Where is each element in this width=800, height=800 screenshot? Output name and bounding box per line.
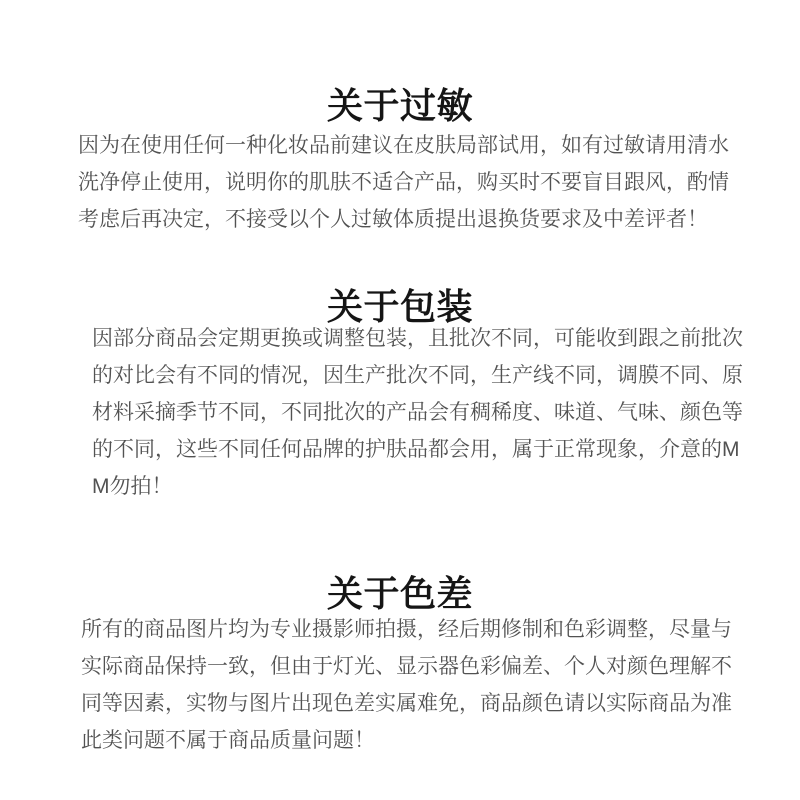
section-title-color-difference: 关于色差 [0, 576, 800, 612]
product-notice-page: 关于过敏 因为在使用任何一种化妆品前建议在皮肤局部试用，如有过敏请用清水 洗净停… [0, 0, 800, 800]
section-paragraph-packaging: 因部分商品会定期更换或调整包装，且批次不同，可能收到跟之前批次 的对比会有不同的… [92, 320, 743, 505]
paragraph-line: 因部分商品会定期更换或调整包装，且批次不同，可能收到跟之前批次 [92, 320, 743, 357]
section-paragraph-color-difference: 所有的商品图片均为专业摄影师拍摄，经后期修制和色彩调整，尽量与 实际商品保持一致… [81, 611, 732, 759]
paragraph-line: 考虑后再决定，不接受以个人过敏体质提出退换货要求及中差评者！ [78, 201, 729, 238]
paragraph-line: 实际商品保持一致，但由于灯光、显示器色彩偏差、个人对颜色理解不 [81, 648, 732, 685]
paragraph-line: M勿拍！ [92, 468, 743, 505]
paragraph-line: 此类问题不属于商品质量问题！ [81, 722, 732, 759]
section-paragraph-allergy: 因为在使用任何一种化妆品前建议在皮肤局部试用，如有过敏请用清水 洗净停止使用，说… [78, 127, 729, 238]
paragraph-line: 的不同，这些不同任何品牌的护肤品都会用，属于正常现象，介意的M [92, 431, 743, 468]
paragraph-line: 所有的商品图片均为专业摄影师拍摄，经后期修制和色彩调整，尽量与 [81, 611, 732, 648]
paragraph-line: 材料采摘季节不同，不同批次的产品会有稠稀度、味道、气味、颜色等 [92, 394, 743, 431]
paragraph-line: 因为在使用任何一种化妆品前建议在皮肤局部试用，如有过敏请用清水 [78, 127, 729, 164]
section-title-allergy: 关于过敏 [0, 88, 800, 124]
paragraph-line: 洗净停止使用，说明你的肌肤不适合产品，购买时不要盲目跟风，酌情 [78, 164, 729, 201]
paragraph-line: 的对比会有不同的情况，因生产批次不同，生产线不同，调膜不同、原 [92, 357, 743, 394]
paragraph-line: 同等因素，实物与图片出现色差实属难免，商品颜色请以实际商品为准 [81, 685, 732, 722]
